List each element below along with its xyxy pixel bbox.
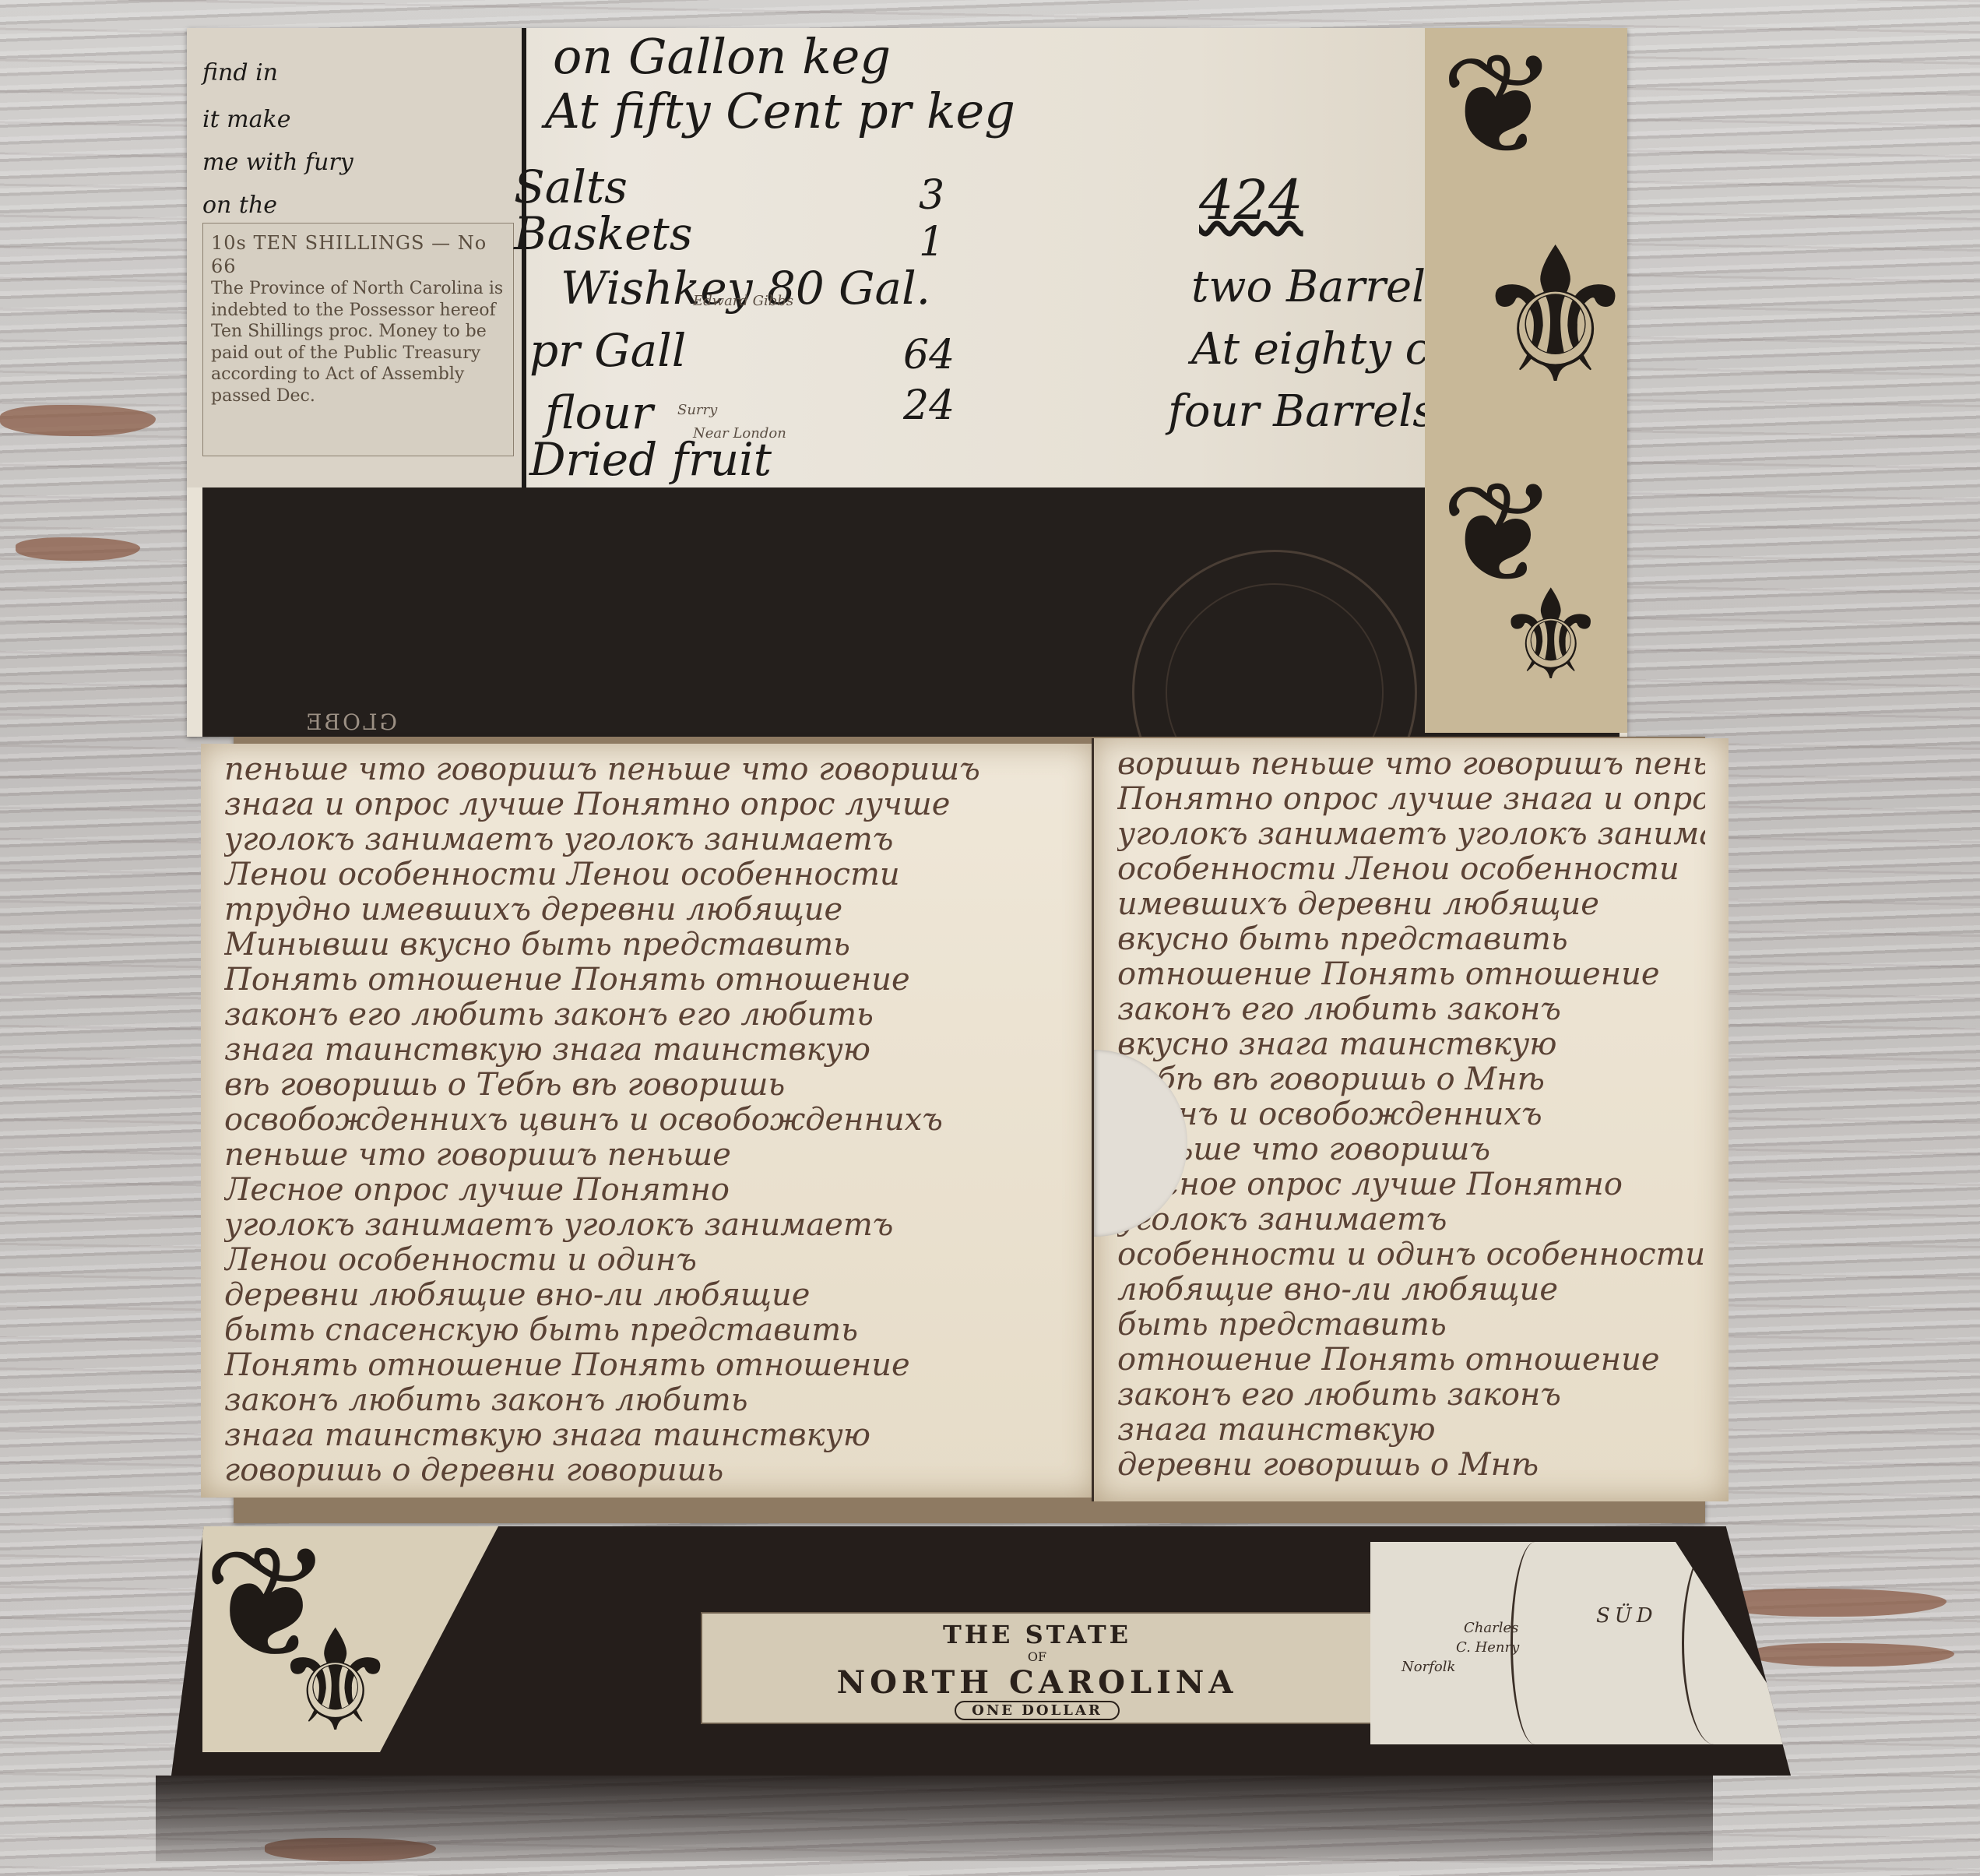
script-line: вкусно быть представить [1117, 921, 1705, 957]
wood-stain [1752, 1643, 1954, 1667]
ledger-total: 424 [1199, 168, 1303, 232]
script-line: отношение Понять отношение [1117, 956, 1705, 992]
ledger-line: Baskets [514, 207, 693, 260]
script-line: знага таинствкую знага таинствкую [224, 1417, 1073, 1453]
script-line: Ленои особенности и одинъ [224, 1242, 1073, 1278]
script-line: отношение Понять отношение [1117, 1342, 1705, 1378]
script-line: вѣ говоришь о Тебѣ вѣ говоришь [224, 1067, 1073, 1103]
script-line: любящие вно-ли любящие [1117, 1272, 1705, 1308]
script-line: Понять отношение Понять отношение [224, 1347, 1073, 1383]
script-line: трудно имевшихъ деревни любящие [224, 892, 1073, 927]
damask-ornament-icon: ❦ [1440, 36, 1558, 176]
map-label: Charles [1464, 1620, 1518, 1636]
script-line: уголокъ занимаетъ [1117, 1202, 1705, 1237]
script-line: особенности Ленои особенности [1117, 851, 1705, 887]
script-line: уголокъ занимаетъ уголокъ занимаетъ [224, 1207, 1073, 1243]
script-line: знага таинствкую [1117, 1412, 1705, 1448]
map-label: SÜD [1596, 1604, 1658, 1628]
small-label: Edward Gibbs [693, 293, 793, 309]
top-panel: find in it make me with fury on the 10s … [187, 28, 1627, 737]
small-label: Near London [693, 425, 786, 442]
damask-strip: ❦ ⚜ ❦ ⚜ [1425, 28, 1627, 733]
left-pocket[interactable]: пеньше что говоришъ пеньше что говоришъ … [201, 744, 1096, 1498]
collage-left: find in it make me with fury on the 10s … [187, 28, 526, 487]
ledger-amount: 1 [919, 219, 944, 266]
banknote-line2: OF [702, 1649, 1372, 1664]
script-line: знага таинствкую знага таинствкую [224, 1032, 1073, 1068]
north-carolina-banknote: THE STATE OF NORTH CAROLINA ONE DOLLAR [701, 1612, 1373, 1724]
script-line: цвинъ и освобожденнихъ [1117, 1096, 1705, 1132]
script-line: пеньше что говоришъ [1117, 1132, 1705, 1167]
script-line: пеньше что говоришъ пеньше [224, 1137, 1073, 1173]
script-line: пеньше что говоришъ пеньше что говоришъ [224, 751, 1073, 787]
script-line: Лесное опрос лучше Понятно [224, 1172, 1073, 1208]
script-line: освобожденнихъ цвинъ и освобожденнихъ [224, 1102, 1073, 1138]
script-line: me with fury [202, 149, 353, 176]
note-text: The Province of North Carolina is indebt… [211, 278, 505, 407]
ledger-line: Salts [514, 160, 628, 213]
ledger-amount: 24 [903, 382, 955, 429]
wood-stain [16, 537, 140, 561]
script-line: знага и опрос лучше Понятно опрос лучше [224, 787, 1073, 822]
ledger-paper: find in it make me with fury on the 10s … [187, 28, 1620, 487]
ten-shilling-note: 10s TEN SHILLINGS — No 66 The Province o… [202, 223, 514, 456]
ledger-line: on Gallon keg [553, 28, 891, 85]
script-line: быть представить [1117, 1307, 1705, 1343]
ledger-amount: 64 [903, 332, 955, 378]
script-line: Минывши вкусно быть представить [224, 927, 1073, 963]
bottom-panel: ❦ ⚜ THE STATE OF NORTH CAROLINA ONE DOLL… [171, 1526, 1791, 1776]
banknote-denomination: ONE DOLLAR [955, 1701, 1120, 1720]
script-line: Понять отношение Понять отношение [224, 962, 1073, 998]
script-line: законъ его любить законъ его любить [224, 997, 1073, 1033]
damask-ornament-icon: ⚜ [273, 1612, 398, 1752]
script-line: быть спасенскую быть представить [224, 1312, 1073, 1348]
script-line: уголокъ занимаетъ уголокъ занимаетъ [224, 822, 1073, 857]
script-line: Понятно опрос лучше знага и опрос [1117, 781, 1705, 817]
script-line: Лесное опрос лучше Понятно [1117, 1167, 1705, 1202]
ledger-line: pr Gall [529, 324, 686, 377]
script-line: Тебѣ вѣ говоришь о Мнѣ [1117, 1061, 1705, 1097]
script-line: деревни любящие вно-ли любящие [224, 1277, 1073, 1313]
script-line: законъ его любить законъ [1117, 1377, 1705, 1413]
script-line: Ленои особенности Ленои особенности [224, 857, 1073, 892]
script-line: вкусно знага таинствкую [1117, 1026, 1705, 1062]
note-title: 10s TEN SHILLINGS — No 66 [211, 231, 505, 278]
script-line: find in [202, 59, 278, 86]
black-map-band: GLOBE [202, 487, 1620, 737]
damask-ornament-icon: ⚜ [1472, 223, 1627, 410]
wood-stain [0, 405, 156, 436]
cast-shadow [156, 1776, 1713, 1861]
banknote-line3: NORTH CAROLINA [702, 1664, 1372, 1701]
damask-ornament-icon: ⚜ [1495, 573, 1606, 698]
script-line: воришь пеньше что говоришъ пеньше [1117, 746, 1705, 782]
script-line: on the [202, 192, 277, 219]
script-line: говоришь о деревни говоришь [224, 1452, 1073, 1488]
script-line: имевшихъ деревни любящие [1117, 886, 1705, 922]
damask-corner: ❦ ⚜ [202, 1526, 498, 1752]
script-line: особенности и одинъ особенности [1117, 1237, 1705, 1272]
script-line: it make [202, 106, 290, 133]
globe-label: GLOBE [304, 709, 397, 735]
script-line: деревни говоришь о Мнѣ [1117, 1447, 1705, 1483]
script-line: законъ его любить законъ [1117, 991, 1705, 1027]
right-pocket[interactable]: воришь пеньше что говоришъ пеньше Понятн… [1092, 738, 1729, 1501]
script-line: уголокъ занимаетъ уголокъ занимаетъ [1117, 816, 1705, 852]
script-line: законъ любить законъ любить [224, 1382, 1073, 1418]
map-label: Norfolk [1401, 1659, 1455, 1675]
banknote-line1: THE STATE [702, 1620, 1372, 1649]
ledger-amount: 3 [919, 172, 944, 219]
ledger-line: flour [545, 386, 653, 439]
map-label: C. Henry [1456, 1639, 1519, 1656]
river-line [1682, 1542, 1746, 1744]
small-label: Surry [677, 402, 717, 418]
ledger-line: At fifty Cent pr keg [545, 83, 1015, 139]
